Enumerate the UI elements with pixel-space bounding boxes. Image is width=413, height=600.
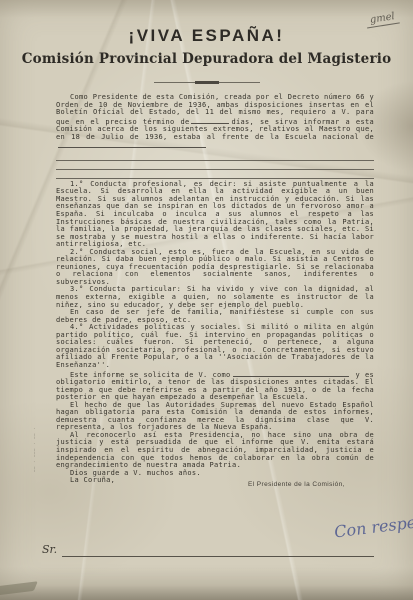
item-3-conducta-particular: 3.° Conducta particular: Si ha vivido y … (56, 286, 374, 309)
document-subtitle: Comisión Provincial Depuradora del Magis… (0, 51, 413, 67)
item-2-conducta-social: 2.° Conducta social, esto es, fuera de l… (56, 249, 374, 287)
item-4-actividades-politicas: 4.° Actividades políticas y sociales. Si… (56, 324, 374, 369)
ruled-line (56, 161, 374, 170)
president-signature-label: El Presidente de la Comisión, (248, 481, 345, 488)
blank-days-field (191, 117, 229, 124)
addressee-label: Sr. (42, 543, 57, 556)
blank-school-name-field (58, 141, 206, 148)
document-body: Como Presidente de esta Comisión, creada… (56, 94, 374, 485)
ruled-line (56, 170, 374, 179)
ruled-fill-in-lines (56, 152, 374, 179)
blank-capacity-field (233, 370, 349, 377)
printer-imprint: —— · ——— · —— · (32, 427, 37, 472)
intro-paragraph: Como Presidente de esta Comisión, creada… (56, 94, 374, 151)
title-divider-ornament (154, 82, 260, 83)
presidencia-paragraph: Al reconocerlo así esta Presidencia, no … (56, 432, 374, 470)
authorities-paragraph: El hecho de que las Autoridades Supremas… (56, 402, 374, 432)
addressee-fill-in-line (62, 556, 374, 557)
document-title: ¡VIVA ESPAÑA! (0, 26, 413, 46)
ruled-line (56, 152, 374, 161)
item-3-family-note: En caso de ser jefe de familia, manifiés… (56, 309, 374, 324)
ink-handwriting-annotation: Con respec (333, 512, 413, 542)
scanned-document-page: gmel ¡VIVA ESPAÑA! Comisión Provincial D… (0, 0, 413, 600)
informe-paragraph: Este informe se solicita de V. como y es… (56, 370, 374, 402)
bottom-left-paper-fold (0, 581, 38, 595)
item-1-conducta-profesional: 1.° Conducta profesional, es decir: si a… (56, 181, 374, 249)
